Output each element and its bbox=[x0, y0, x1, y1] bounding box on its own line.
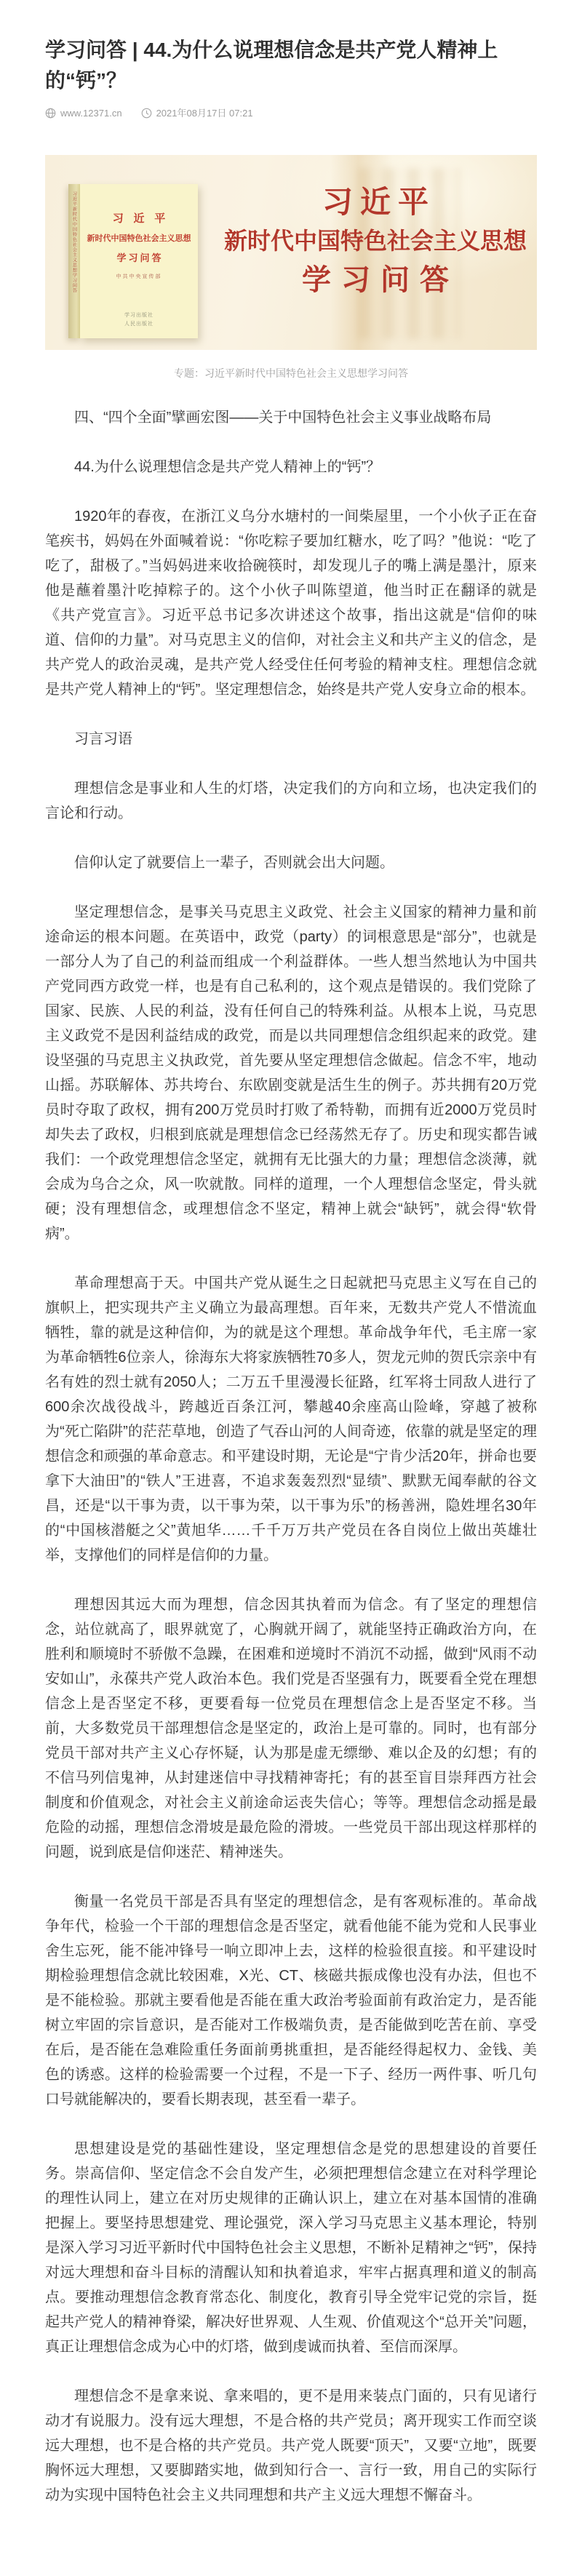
book-cover: 习近平新时代中国特色社会主义思想学习问答 习 近 平 新时代中国特色社会主义思想… bbox=[68, 184, 198, 338]
article-paragraph: 坚定理想信念，是事关马克思主义政党、社会主义国家的精神力量和前途命运的根本问题。… bbox=[45, 900, 537, 1246]
article-paragraph: 1920年的春夜，在浙江义乌分水塘村的一间柴屋里，一个小伙子正在奋笔疾书，妈妈在… bbox=[45, 504, 537, 702]
book-editor: 中共中央宣传部 bbox=[80, 273, 198, 280]
article-page: 学习问答 | 44.为什么说理想信念是共产党人精神上的“钙”？ www.1237… bbox=[0, 0, 582, 2576]
article-paragraph: 理想信念不是拿来说、拿来唱的，更不是用来装点门面的，只有见诸行动才有说服力。没有… bbox=[45, 2384, 537, 2508]
image-caption: 专题：习近平新时代中国特色社会主义思想学习问答 bbox=[45, 366, 537, 380]
question-heading: 44.为什么说理想信念是共产党人精神上的“钙”？ bbox=[45, 455, 537, 479]
book-spine-text: 习近平新时代中国特色社会主义思想学习问答 bbox=[71, 191, 78, 330]
source-site: www.12371.cn bbox=[60, 108, 122, 119]
article-paragraph: 理想因其远大而为理想，信念因其执着而为信念。有了坚定的理想信念，站位就高了，眼界… bbox=[45, 1592, 537, 1865]
hero-headline-line3: 学习问答 bbox=[221, 266, 530, 295]
book-spine: 习近平新时代中国特色社会主义思想学习问答 bbox=[68, 184, 80, 338]
hero-headline-line2: 新时代中国特色社会主义思想 bbox=[221, 229, 530, 252]
article-paragraph: 思想建设是党的基础性建设，坚定理想信念是党的思想建设的首要任务。崇高信仰、坚定信… bbox=[45, 2137, 537, 2359]
globe-icon bbox=[45, 108, 56, 119]
book-front-cover: 习 近 平 新时代中国特色社会主义思想 学习问答 中共中央宣传部 学习出版社 人… bbox=[80, 184, 198, 338]
publish-datetime: 2021年08月17日 07:21 bbox=[156, 108, 253, 119]
xiyan-xiyu-heading: 习言习语 bbox=[45, 727, 537, 751]
hero-headline-line1: 习近平 bbox=[221, 187, 530, 218]
article-meta: www.12371.cn 2021年08月17日 07:21 bbox=[45, 108, 537, 119]
book-publisher-line2: 人民出版社 bbox=[80, 320, 198, 329]
book-title-author: 习 近 平 bbox=[80, 210, 198, 226]
book-publisher: 学习出版社 人民出版社 bbox=[80, 311, 198, 329]
article-paragraph: 信仰认定了就要信上一辈子，否则就会出大问题。 bbox=[45, 850, 537, 875]
page-title: 学习问答 | 44.为什么说理想信念是共产党人精神上的“钙”？ bbox=[45, 35, 537, 96]
hero-image: 习近平新时代中国特色社会主义思想学习问答 习 近 平 新时代中国特色社会主义思想… bbox=[45, 155, 537, 350]
section-heading: 四、“四个全面”擘画宏图——关于中国特色社会主义事业战略布局 bbox=[45, 405, 537, 430]
book-title-main: 新时代中国特色社会主义思想 bbox=[80, 232, 198, 244]
article-paragraph: 衡量一名党员干部是否具有坚定的理想信念，是有客观标准的。革命战争年代，检验一个干… bbox=[45, 1889, 537, 2112]
article-body: 四、“四个全面”擘画宏图——关于中国特色社会主义事业战略布局 44.为什么说理想… bbox=[45, 405, 537, 2508]
book-publisher-line1: 学习出版社 bbox=[80, 311, 198, 320]
article-paragraph: 革命理想高于天。中国共产党从诞生之日起就把马克思主义写在自己的旗帜上，把实现共产… bbox=[45, 1271, 537, 1568]
hero-headline: 习近平 新时代中国特色社会主义思想 学习问答 bbox=[221, 187, 530, 295]
article-paragraph: 理想信念是事业和人生的灯塔，决定我们的方向和立场，也决定我们的言论和行动。 bbox=[45, 776, 537, 826]
book-title-sub: 学习问答 bbox=[80, 250, 198, 264]
clock-icon bbox=[141, 108, 152, 119]
